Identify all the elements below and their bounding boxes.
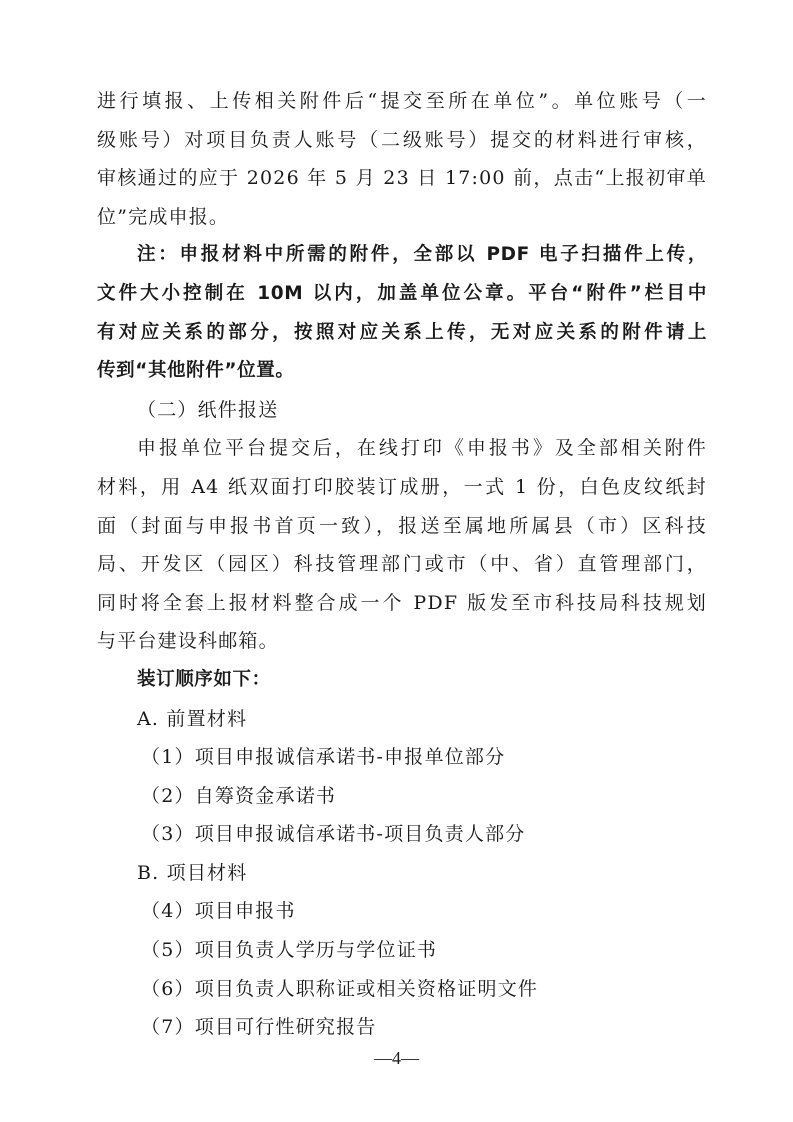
group-a-prerequisite-materials: A. 前置材料 （1）项目申报诚信承诺书-申报单位部分 （2）自筹资金承诺书 （… (97, 700, 707, 854)
list-item: （5）项目负责人学历与学位证书 (97, 931, 707, 970)
document-page: 进行填报、上传相关附件后“提交至所在单位”。单位账号（一 级账号）对项目负责人账… (97, 82, 707, 1047)
text-line: 位”完成申报。 (97, 198, 707, 237)
list-item: （2）自筹资金承诺书 (97, 777, 707, 816)
text-line: 材料，用 A4 纸双面打印胶装订成册，一式 1 份，白色皮纹纸封 (97, 468, 707, 507)
section-heading-paper-submission: （二）纸件报送 (97, 391, 707, 430)
text-line: 审核通过的应于 2026 年 5 月 23 日 17:00 前，点击“上报初审单 (97, 159, 707, 198)
list-item: （4）项目申报书 (97, 892, 707, 931)
list-item: （3）项目申报诚信承诺书-项目负责人部分 (97, 815, 707, 854)
text-line: 文件大小控制在 10M 以内，加盖单位公章。平台“附件”栏目中 (97, 275, 707, 314)
text-line: 申报单位平台提交后，在线打印《申报书》及全部相关附件 (97, 429, 707, 468)
text-line: 进行填报、上传相关附件后“提交至所在单位”。单位账号（一 (97, 82, 707, 121)
text-line: 同时将全套上报材料整合成一个 PDF 版发至市科技局科技规划 (97, 584, 707, 623)
paragraph-submission-process: 进行填报、上传相关附件后“提交至所在单位”。单位账号（一 级账号）对项目负责人账… (97, 82, 707, 236)
text-line: 传到“其他附件”位置。 (97, 352, 707, 391)
group-title: A. 前置材料 (97, 700, 707, 739)
page-number: —4— (0, 1048, 793, 1069)
text-line: 注：申报材料中所需的附件，全部以 PDF 电子扫描件上传， (97, 236, 707, 275)
text-line: 有对应关系的部分，按照对应关系上传，无对应关系的附件请上 (97, 314, 707, 353)
list-item: （1）项目申报诚信承诺书-申报单位部分 (97, 738, 707, 777)
group-title: B. 项目材料 (97, 854, 707, 893)
text-line: 与平台建设科邮箱。 (97, 622, 707, 661)
paragraph-paper-submission: 申报单位平台提交后，在线打印《申报书》及全部相关附件 材料，用 A4 纸双面打印… (97, 429, 707, 661)
list-item: （6）项目负责人职称证或相关资格证明文件 (97, 970, 707, 1009)
text-line: 级账号）对项目负责人账号（二级账号）提交的材料进行审核， (97, 121, 707, 160)
group-b-project-materials: B. 项目材料 （4）项目申报书 （5）项目负责人学历与学位证书 （6）项目负责… (97, 854, 707, 1047)
binding-order-heading: 装订顺序如下： (97, 661, 707, 700)
paragraph-attachment-note: 注：申报材料中所需的附件，全部以 PDF 电子扫描件上传， 文件大小控制在 10… (97, 236, 707, 390)
list-item: （7）项目可行性研究报告 (97, 1008, 707, 1047)
text-line: 局、开发区（园区）科技管理部门或市（中、省）直管理部门， (97, 545, 707, 584)
text-line: 面（封面与申报书首页一致），报送至属地所属县（市）区科技 (97, 507, 707, 546)
